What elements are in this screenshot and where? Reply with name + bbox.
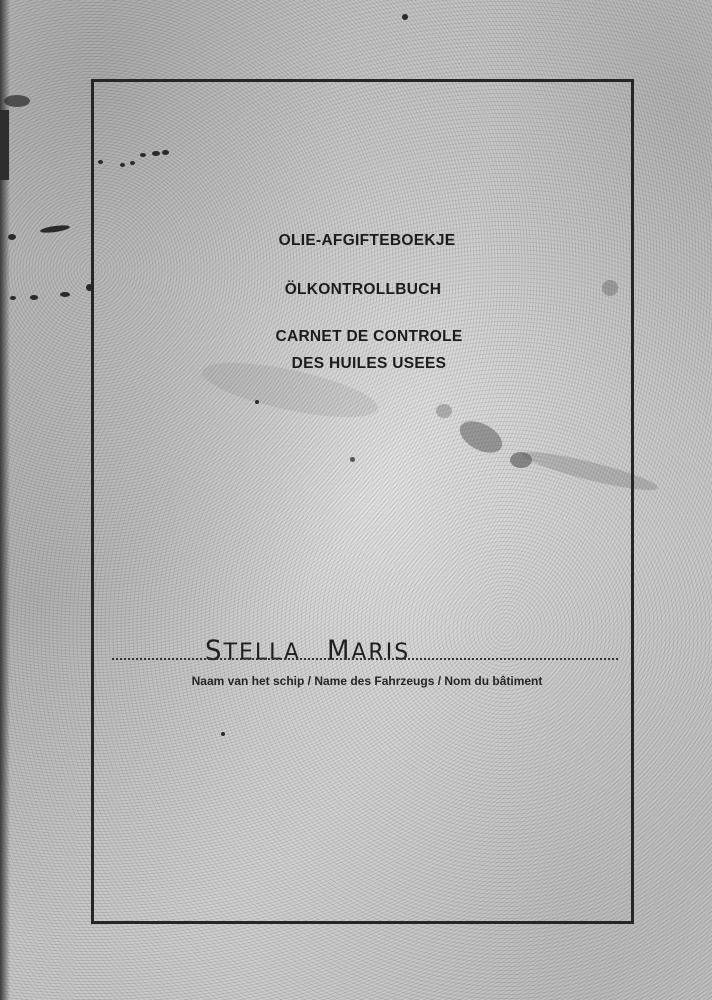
ink-spot <box>402 14 408 20</box>
ship-name-field-label: Naam van het schip / Name des Fahrzeugs … <box>0 674 712 688</box>
title-dutch: OLIE-AFGIFTEBOEKJE <box>11 232 712 250</box>
title-french-line-2: DES HUILES USEES <box>13 355 712 373</box>
cover-frame <box>91 79 634 924</box>
ship-name-handwritten: STELLAMARIS <box>205 635 410 667</box>
title-french-line-1: CARNET DE CONTROLE <box>13 328 712 346</box>
ship-name-word: MARIS <box>327 639 410 665</box>
ship-name-word: STELLA <box>205 639 301 665</box>
title-german: ÖLKONTROLLBUCH <box>7 281 712 299</box>
ship-name-dotted-line <box>112 658 618 660</box>
edge-stain <box>4 95 30 107</box>
dark-edge-mark <box>0 110 9 180</box>
booklet-cover: OLIE-AFGIFTEBOEKJE ÖLKONTROLLBUCH CARNET… <box>0 0 712 1000</box>
